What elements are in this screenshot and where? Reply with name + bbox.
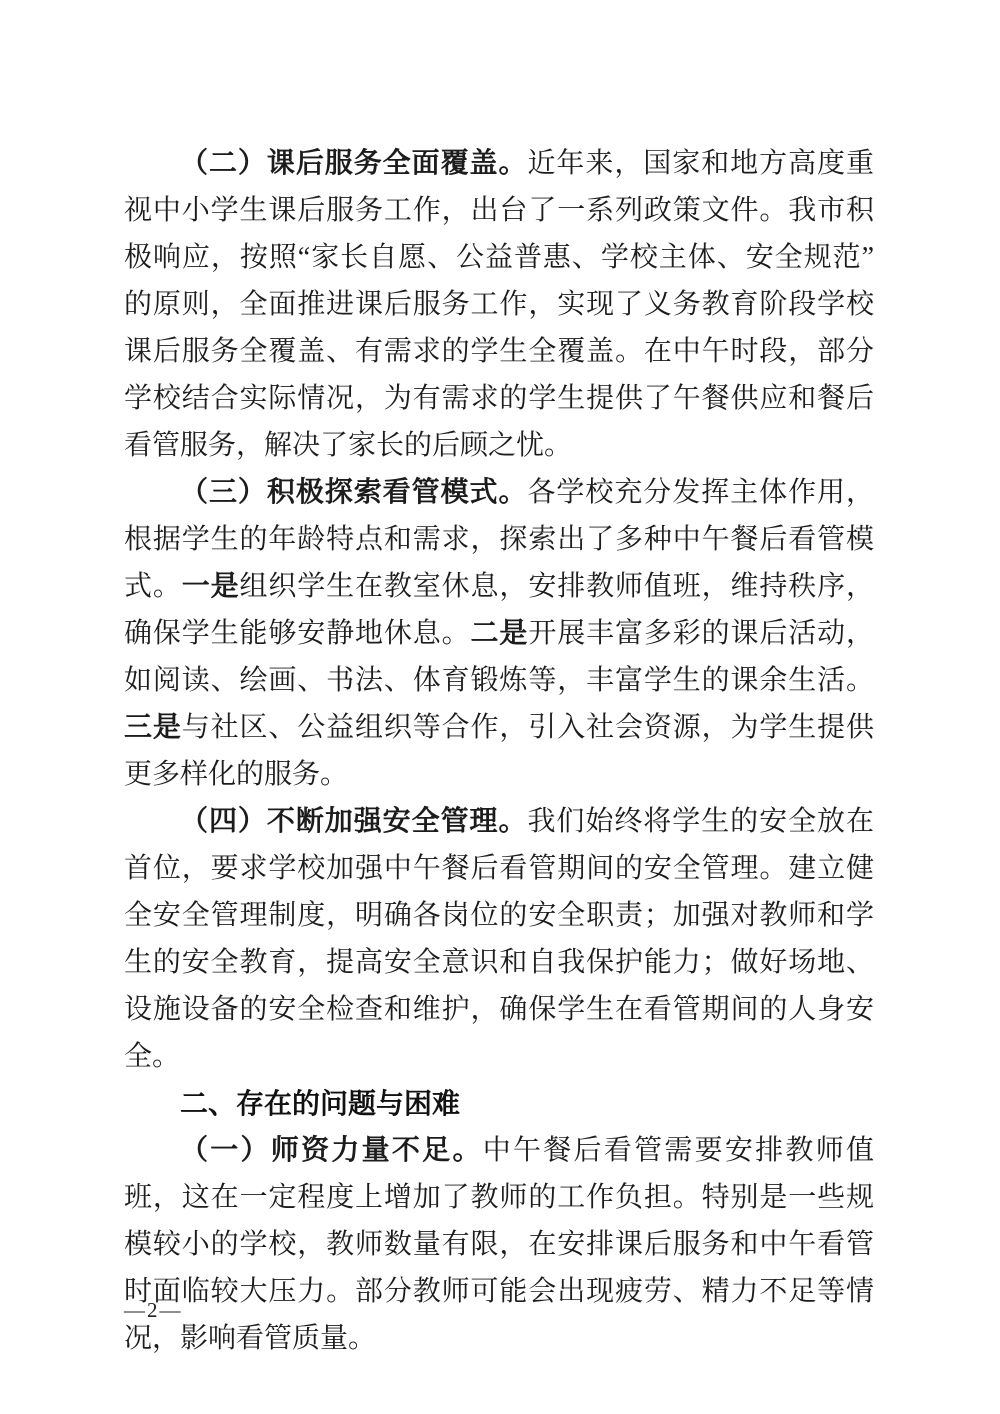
paragraph-lead: （一）师资力量不足。: [180, 1135, 483, 1166]
page-footer: —2—: [124, 1298, 183, 1323]
section-heading: 二、存在的问题与困难: [124, 1080, 874, 1127]
text-run: 我们始终将学生的安全放在首位，要求学校加强中午餐后看管期间的安全管理。建立健全安…: [124, 806, 874, 1072]
heading-text: 二、存在的问题与困难: [180, 1088, 460, 1119]
paragraph: （二）课后服务全面覆盖。近年来，国家和地方高度重视中小学生课后服务工作，出台了一…: [124, 140, 874, 469]
paragraph-lead: （三）积极探索看管模式。: [180, 477, 527, 508]
paragraph-lead: （二）课后服务全面覆盖。: [180, 148, 527, 179]
text-run: 近年来，国家和地方高度重视中小学生课后服务工作，出台了一系列政策文件。我市积极响…: [124, 148, 874, 461]
emphasis-run: 三是: [124, 712, 182, 743]
emphasis-run: 一是: [182, 571, 240, 602]
text-run: 与社区、公益组织等合作，引入社会资源，为学生提供更多样化的服务。: [124, 712, 874, 790]
paragraph: （四）不断加强安全管理。我们始终将学生的安全放在首位，要求学校加强中午餐后看管期…: [124, 798, 874, 1080]
paragraph: （三）积极探索看管模式。各学校充分发挥主体作用，根据学生的年龄特点和需求，探索出…: [124, 469, 874, 798]
page-number: —2—: [124, 1298, 183, 1322]
paragraph: （一）师资力量不足。中午餐后看管需要安排教师值班，这在一定程度上增加了教师的工作…: [124, 1127, 874, 1362]
paragraph-lead: （四）不断加强安全管理。: [180, 806, 527, 837]
emphasis-run: 二是: [471, 618, 529, 649]
document-body: （二）课后服务全面覆盖。近年来，国家和地方高度重视中小学生课后服务工作，出台了一…: [124, 140, 874, 1362]
text-run: 中午餐后看管需要安排教师值班，这在一定程度上增加了教师的工作负担。特别是一些规模…: [124, 1135, 874, 1354]
document-page: （二）课后服务全面覆盖。近年来，国家和地方高度重视中小学生课后服务工作，出台了一…: [0, 0, 1000, 1414]
